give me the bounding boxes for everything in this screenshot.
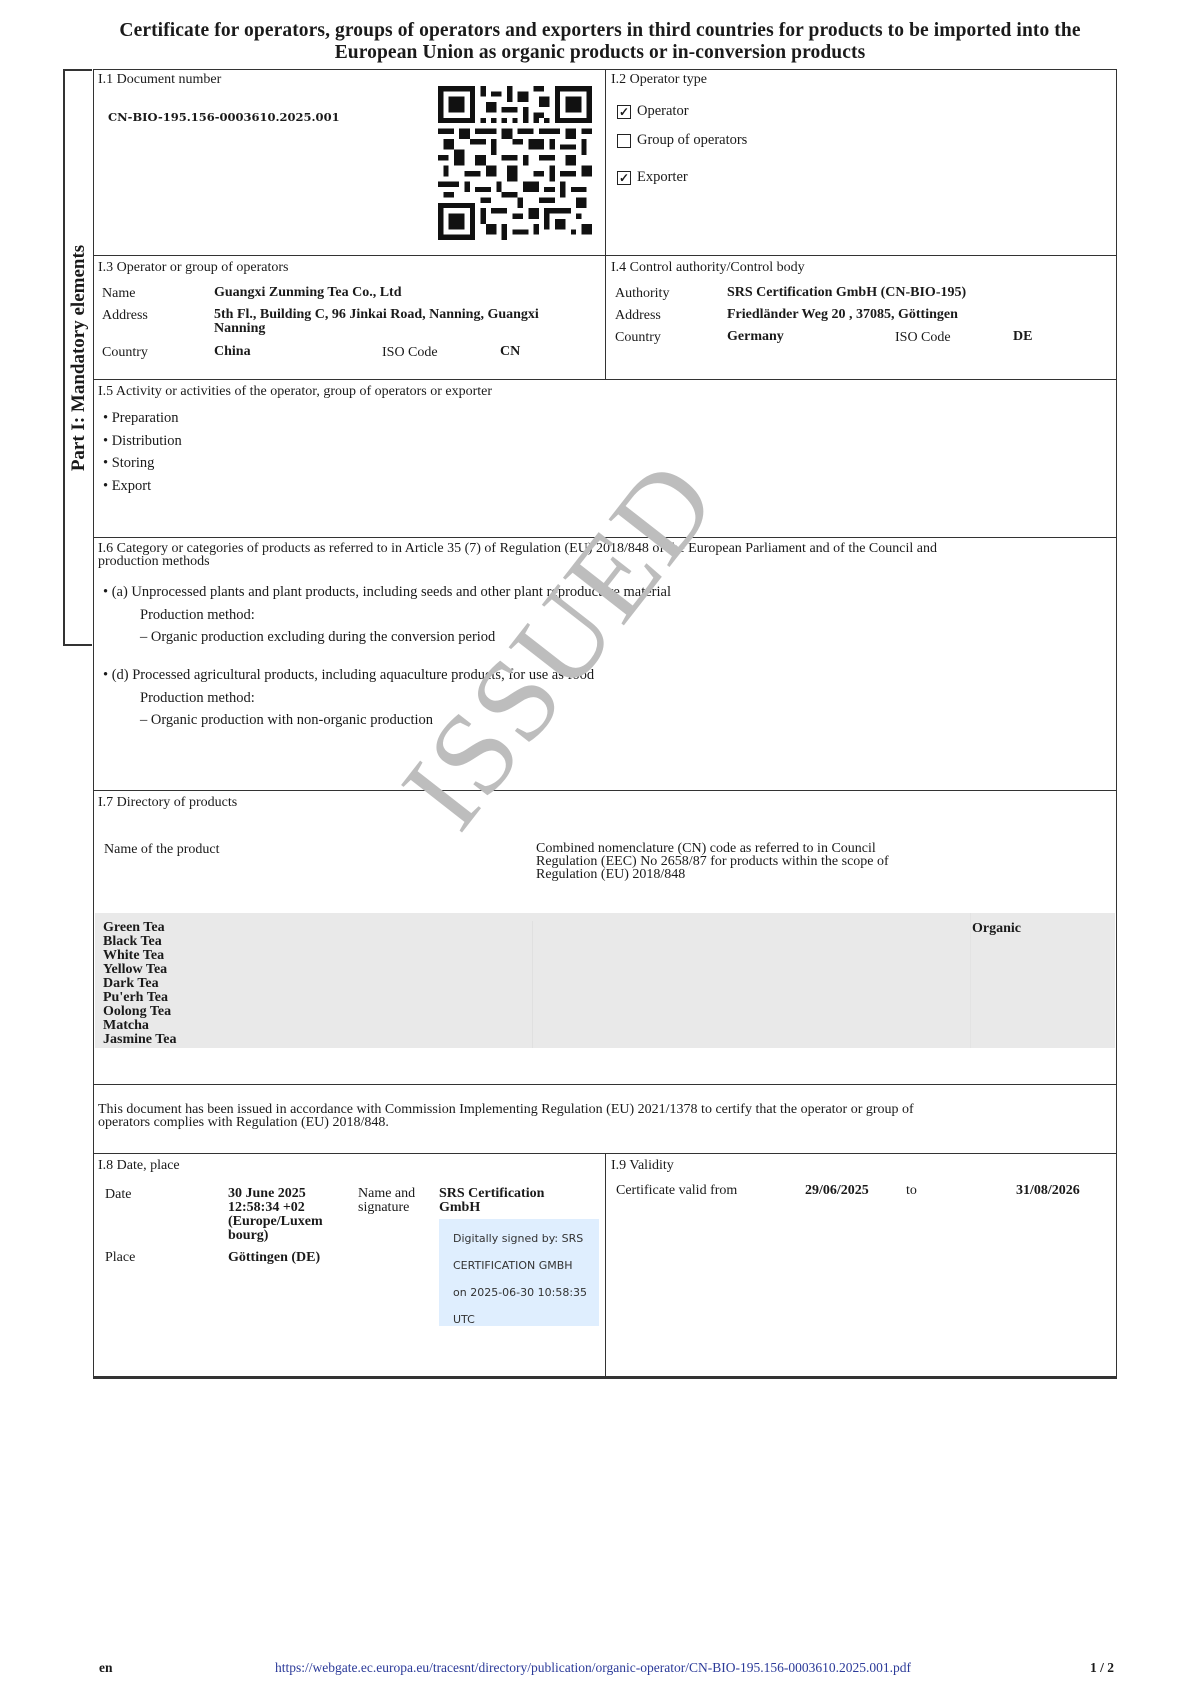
checkbox-group-of-operators: Group of operators — [617, 132, 747, 149]
activity-item: • Storing — [103, 452, 182, 475]
place-value: Göttingen (DE) — [228, 1250, 320, 1266]
signature-label: Name and signature — [358, 1187, 415, 1215]
footer-language: en — [99, 1660, 113, 1676]
product-item: Yellow Tea — [103, 963, 177, 977]
category-d: • (d) Processed agricultural products, i… — [103, 664, 594, 732]
section-activities: I.5 Activity or activities of the operat… — [93, 379, 1117, 538]
activity-item: • Distribution — [103, 430, 182, 453]
activity-item: • Preparation — [103, 407, 182, 430]
document-number: CN-BIO-195.156-0003610.2025.001 — [108, 110, 340, 124]
field-label: ISO Code — [382, 345, 438, 361]
field-label: ISO Code — [895, 330, 951, 346]
product-status: Organic — [972, 921, 1021, 937]
signature-line: Digitally signed by: SRS — [453, 1225, 599, 1252]
section-control-authority: I.4 Control authority/Control body Autho… — [607, 256, 1116, 379]
signature-label-line: Name and — [358, 1187, 415, 1201]
checkbox-label: Group of operators — [637, 132, 747, 149]
issue-date-line: bourg) — [228, 1229, 323, 1243]
product-item: Oolong Tea — [103, 1005, 177, 1019]
product-item: White Tea — [103, 949, 177, 963]
signer-name: SRS Certification GmbH — [439, 1187, 544, 1215]
column-header-line: Regulation (EU) 2018/848 — [536, 868, 889, 881]
issue-date-line: (Europe/Luxem — [228, 1215, 323, 1229]
checkbox-exporter: ✓ Exporter — [617, 169, 688, 186]
issue-date-line: 12:58:34 +02 — [228, 1201, 323, 1215]
section-operator-type: I.2 Operator type ✓ Operator Group of op… — [607, 70, 1116, 255]
field-label: Country — [102, 345, 148, 361]
date-label: Date — [105, 1187, 131, 1203]
authority-iso-code: DE — [1013, 330, 1032, 344]
footer-document-link[interactable]: https://webgate.ec.europa.eu/tracesnt/di… — [275, 1660, 911, 1676]
checkbox-checked-icon: ✓ — [617, 171, 631, 185]
section-title: I.9 Validity — [611, 1158, 674, 1174]
section-operator-authority: I.3 Operator or group of operators Name … — [93, 255, 1117, 380]
section-title: I.6 Category or categories of products a… — [98, 542, 937, 568]
qr-code-icon — [438, 86, 592, 240]
field-label: Country — [615, 330, 661, 346]
valid-from-label: Certificate valid from — [616, 1183, 737, 1199]
production-method: – Organic production with non-organic pr… — [103, 709, 594, 732]
field-label: Address — [615, 308, 661, 324]
production-method-label: Production method: — [103, 687, 594, 710]
column-divider — [970, 913, 971, 1048]
product-item: Dark Tea — [103, 977, 177, 991]
issue-date-line: 30 June 2025 — [228, 1187, 323, 1201]
operator-address-line1: 5th Fl., Building C, 96 Jinkai Road, Nan… — [214, 308, 539, 322]
checkbox-operator: ✓ Operator — [617, 103, 689, 120]
production-method: – Organic production excluding during th… — [103, 626, 671, 649]
section-title: I.3 Operator or group of operators — [98, 260, 289, 276]
category-name: • (a) Unprocessed plants and plant produ… — [103, 581, 671, 604]
column-header-cn-code: Combined nomenclature (CN) code as refer… — [536, 842, 889, 881]
operator-address-line2: Nanning — [214, 322, 265, 336]
section-title: I.8 Date, place — [98, 1158, 180, 1174]
certificate-title: Certificate for operators, groups of ope… — [80, 20, 1120, 64]
checkbox-unchecked-icon — [617, 134, 631, 148]
section-product-categories: I.6 Category or categories of products a… — [93, 537, 1117, 791]
section-document-operator-type: I.1 Document number CN-BIO-195.156-00036… — [93, 69, 1117, 256]
operator-name: Guangxi Zunming Tea Co., Ltd — [214, 286, 402, 300]
product-item: Pu'erh Tea — [103, 991, 177, 1005]
section-product-directory: I.7 Directory of products Name of the pr… — [93, 790, 1117, 1085]
section-title: I.4 Control authority/Control body — [611, 260, 805, 276]
product-item: Green Tea — [103, 921, 177, 935]
operator-country: China — [214, 345, 251, 359]
authority-name: SRS Certification GmbH (CN-BIO-195) — [727, 286, 966, 300]
category-name: • (d) Processed agricultural products, i… — [103, 664, 594, 687]
authority-country: Germany — [727, 330, 784, 344]
product-item: Matcha — [103, 1019, 177, 1033]
product-names: Green Tea Black Tea White Tea Yellow Tea… — [103, 921, 177, 1047]
checkbox-label: Operator — [637, 103, 689, 120]
signature-line: UTC — [453, 1306, 599, 1333]
column-divider — [532, 921, 533, 1048]
valid-from-date: 29/06/2025 — [805, 1183, 869, 1199]
part-label-text: Part I: Mandatory elements — [68, 244, 90, 470]
section-document-number: I.1 Document number CN-BIO-195.156-00036… — [94, 70, 606, 255]
signer-name-line: GmbH — [439, 1201, 544, 1215]
section-validity: I.9 Validity Certificate valid from 29/0… — [607, 1154, 1116, 1376]
section-title-line: production methods — [98, 555, 937, 568]
footer-page-number: 1 / 2 — [1090, 1660, 1114, 1676]
section-title: I.5 Activity or activities of the operat… — [98, 384, 492, 400]
section-title: I.2 Operator type — [611, 72, 707, 88]
signature-label-line: signature — [358, 1201, 415, 1215]
product-table: Green Tea Black Tea White Tea Yellow Tea… — [95, 913, 1115, 1048]
checkbox-checked-icon: ✓ — [617, 105, 631, 119]
section-title-line: I.6 Category or categories of products a… — [98, 542, 937, 555]
authority-address: Friedländer Weg 20 , 37085, Göttingen — [727, 308, 958, 322]
digital-signature-box[interactable]: Digitally signed by: SRS CERTIFICATION G… — [439, 1219, 599, 1326]
section-date-place: I.8 Date, place Date 30 June 2025 12:58:… — [94, 1154, 606, 1376]
part-label: Part I: Mandatory elements — [63, 69, 92, 646]
statement-line: operators complies with Regulation (EU) … — [98, 1116, 914, 1129]
place-label: Place — [105, 1250, 135, 1266]
signer-name-line: SRS Certification — [439, 1187, 544, 1201]
activity-item: • Export — [103, 475, 182, 498]
statement-text: This document has been issued in accorda… — [98, 1103, 914, 1129]
product-item: Jasmine Tea — [103, 1033, 177, 1047]
section-statement: This document has been issued in accorda… — [93, 1084, 1117, 1154]
operator-iso-code: CN — [500, 345, 520, 359]
column-header-product-name: Name of the product — [104, 842, 219, 858]
issue-date: 30 June 2025 12:58:34 +02 (Europe/Luxem … — [228, 1187, 323, 1243]
production-method-label: Production method: — [103, 604, 671, 627]
section-title: I.1 Document number — [98, 72, 221, 88]
field-label: Name — [102, 286, 135, 302]
signature-line: on 2025-06-30 10:58:35 — [453, 1279, 599, 1306]
field-label: Authority — [615, 286, 669, 302]
valid-to-label: to — [906, 1183, 917, 1199]
signature-line: CERTIFICATION GMBH — [453, 1252, 599, 1279]
valid-to-date: 31/08/2026 — [1016, 1183, 1080, 1199]
field-label: Address — [102, 308, 148, 324]
product-item: Black Tea — [103, 935, 177, 949]
checkbox-label: Exporter — [637, 169, 688, 186]
category-a: • (a) Unprocessed plants and plant produ… — [103, 581, 671, 649]
activities-list: • Preparation • Distribution • Storing •… — [103, 407, 182, 497]
section-date-validity: I.8 Date, place Date 30 June 2025 12:58:… — [93, 1153, 1117, 1379]
section-title: I.7 Directory of products — [98, 795, 237, 811]
section-operator: I.3 Operator or group of operators Name … — [94, 256, 606, 379]
